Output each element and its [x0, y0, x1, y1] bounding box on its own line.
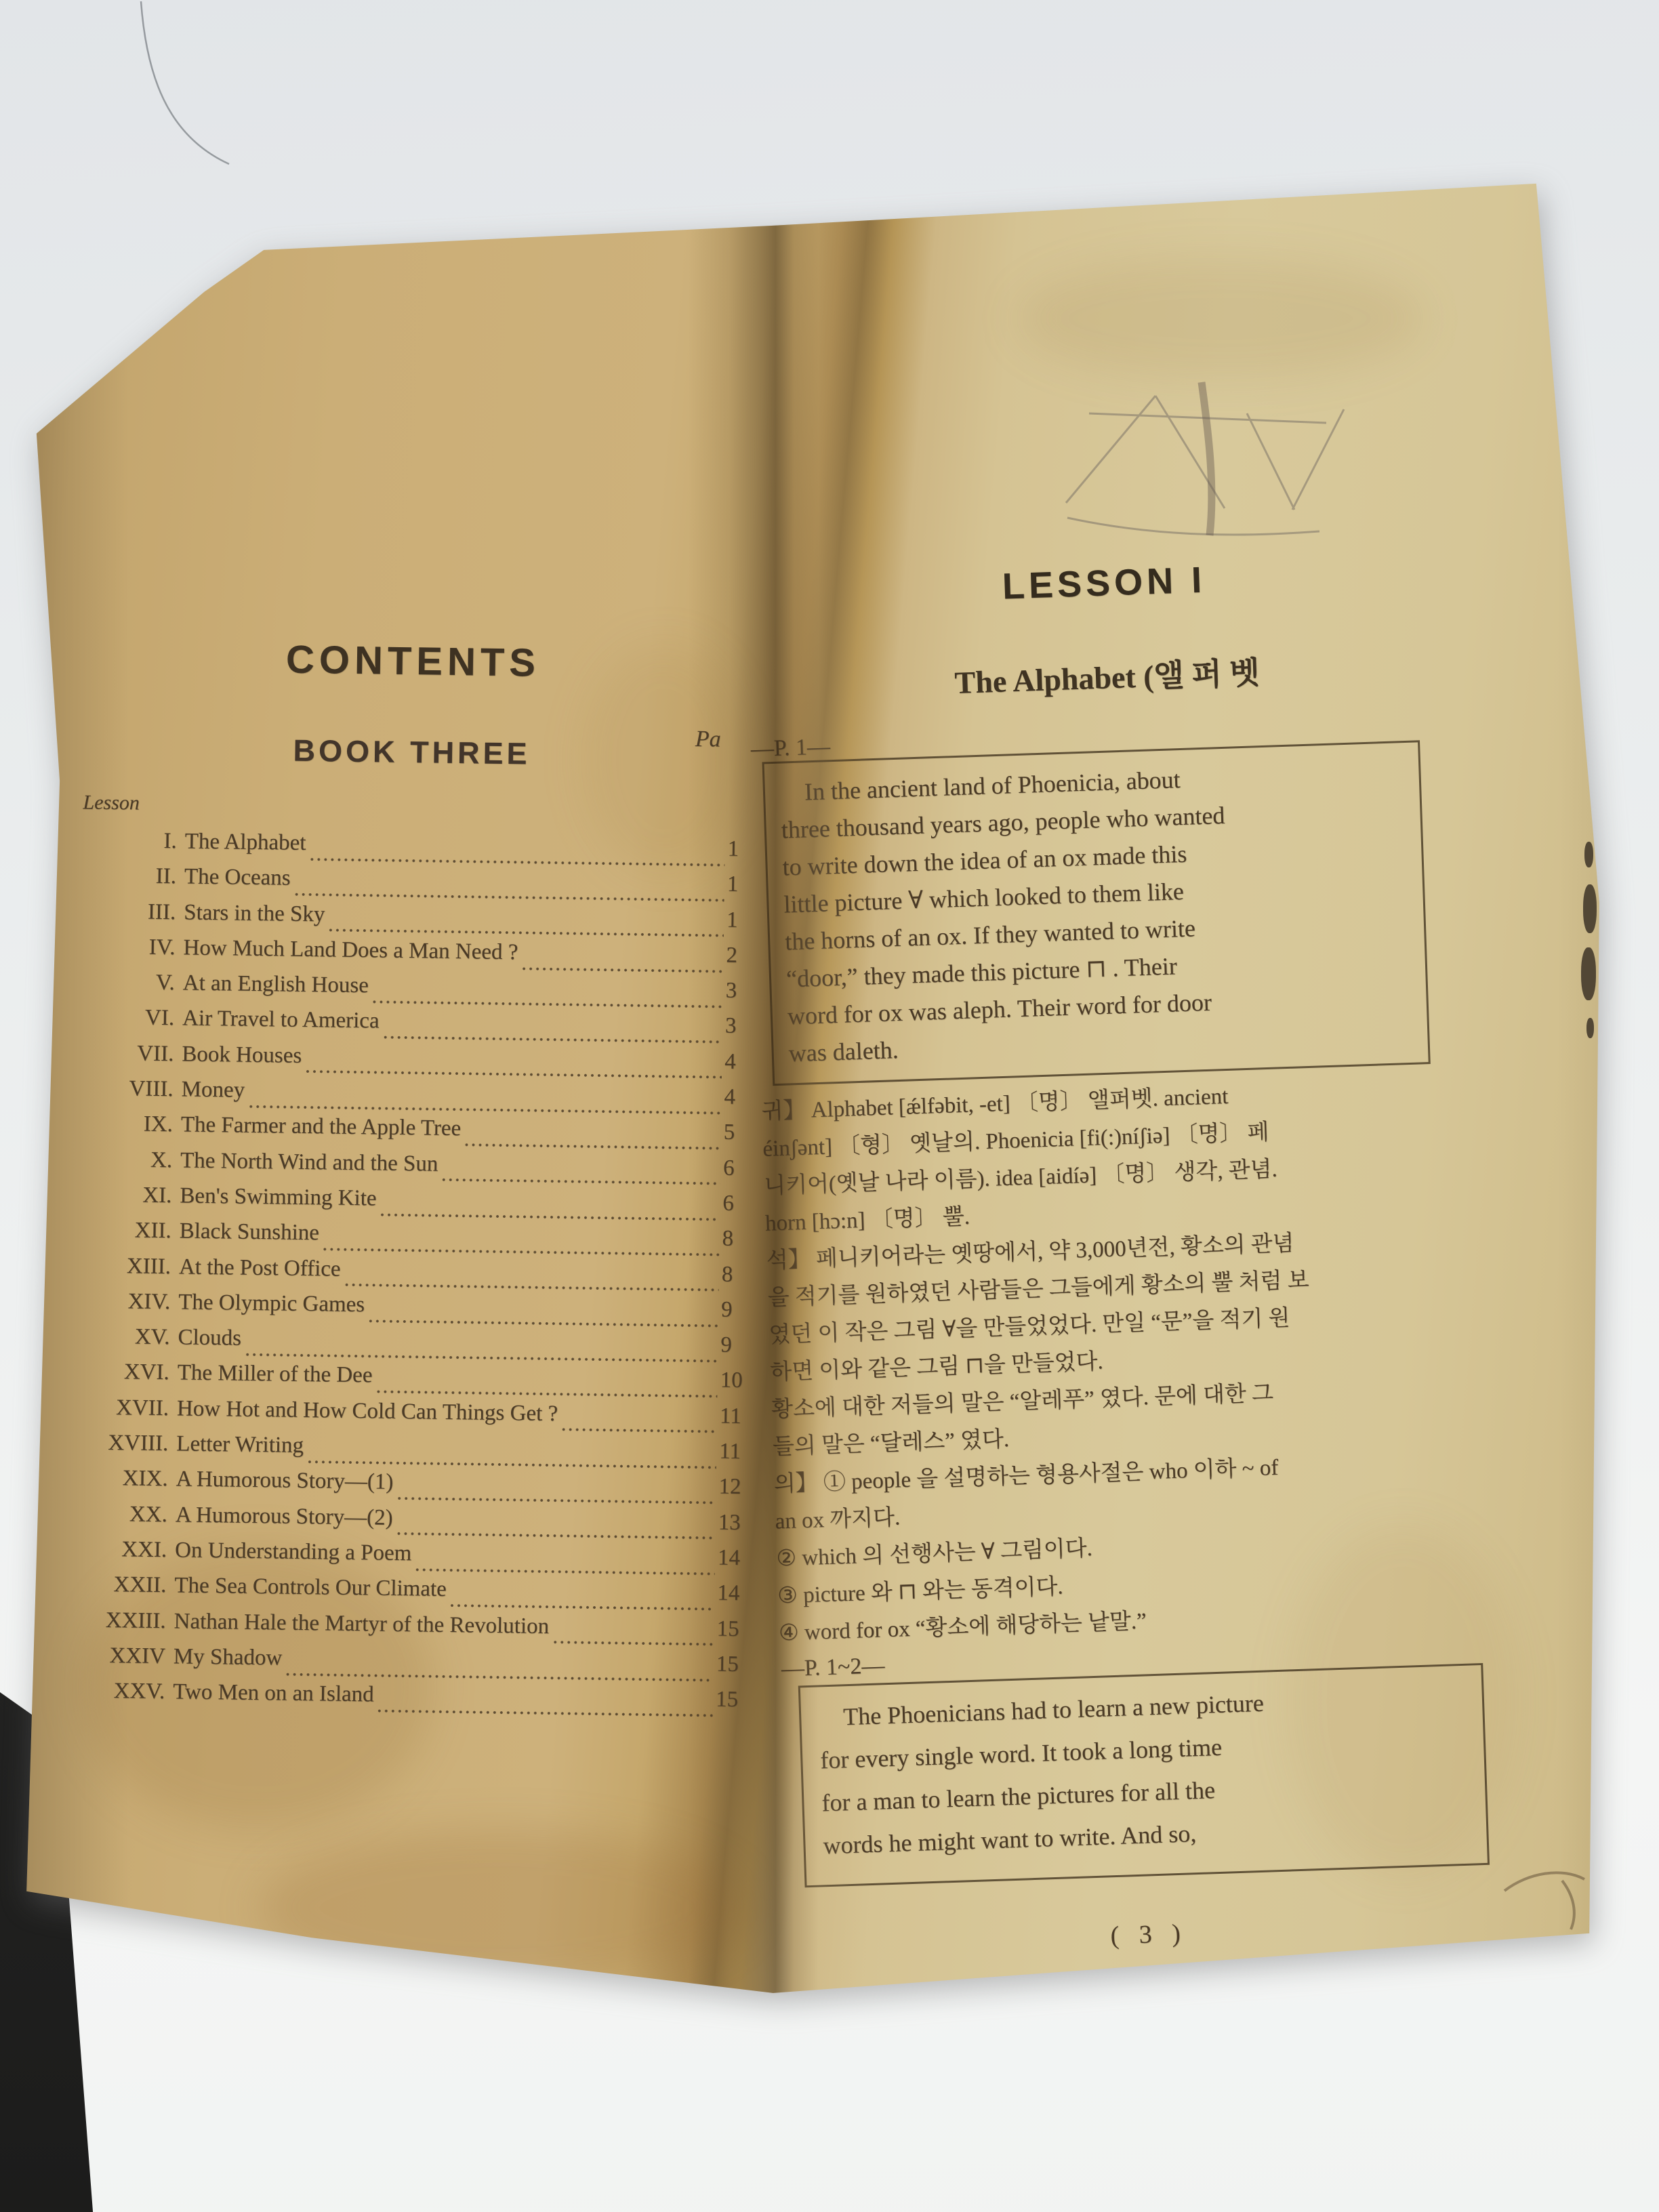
toc-page-number: 2 [726, 943, 755, 969]
toc-lesson-title: On Understanding a Poem [175, 1538, 412, 1566]
toc-lesson-title: The Olympic Games [178, 1290, 365, 1317]
toc-lesson-numeral: XXI. [62, 1536, 176, 1563]
toc-lesson-title: A Humorous Story—(2) [176, 1502, 393, 1530]
toc-page-number: 11 [720, 1404, 749, 1429]
contents-page: CONTENTS BOOK THREE Lesson Pa I. The Alp… [68, 634, 759, 643]
toc-lesson-numeral: XII. [66, 1217, 180, 1244]
toc-lesson-title: Stars in the Sky [184, 900, 325, 927]
toc-page-number: 15 [716, 1616, 745, 1642]
toc-dot-leader [441, 1167, 720, 1191]
toc-lesson-title: The Miller of the Dee [178, 1361, 373, 1389]
toc-lesson-title: Ben's Swimming Kite [180, 1183, 377, 1211]
reading-passage-1-text: In the ancient land of Phoenicia, about … [764, 742, 1429, 1084]
translation-section: 석】 페니키어라는 옛땅에서, 약 3,000년전, 황소의 관념 을 적기를 … [766, 1219, 1477, 1466]
toc-page-number: 9 [720, 1333, 750, 1359]
ink-smudge [1581, 947, 1596, 1000]
toc-lesson-numeral: VII. [68, 1040, 182, 1067]
toc-lesson-title: My Shadow [173, 1644, 283, 1671]
ink-smudge [1584, 842, 1593, 867]
toc-lesson-numeral: XVIII. [63, 1430, 177, 1456]
page-marker-bottom: —P. 1~2— [781, 1653, 885, 1682]
book: CONTENTS BOOK THREE Lesson Pa I. The Alp… [0, 0, 1659, 2212]
ink-smudge [1583, 884, 1597, 933]
toc-lesson-title: The North Wind and the Sun [180, 1148, 438, 1176]
toc-lesson-title: Nathan Hale the Martyr of the Revolution [173, 1609, 549, 1639]
toc-lesson-title: The Alphabet [184, 829, 306, 855]
page-marker-top: —P. 1— [750, 734, 830, 762]
toc-lesson-title: At the Post Office [179, 1254, 341, 1282]
toc-page-number: 5 [724, 1120, 753, 1146]
toc-lesson-title: At an English House [183, 971, 369, 999]
pencil-scribble [1054, 374, 1352, 544]
toc-lesson-title: A Humorous Story—(1) [176, 1467, 393, 1495]
toc-page-number: 10 [720, 1368, 749, 1394]
corner-crease-mark [1498, 1853, 1599, 1948]
toc-page-number: 14 [718, 1545, 747, 1571]
vocabulary-section: 귀】 Alphabet [ǽlfəbit, -et] 〔명〕 앨퍼벳. anci… [761, 1070, 1471, 1242]
toc-page-number: 15 [716, 1652, 745, 1677]
toc-lesson-numeral: III. [70, 899, 184, 925]
toc-page-number: 11 [719, 1439, 748, 1465]
reading-passage-2-text: The Phoenicians had to learn a new pictu… [800, 1665, 1488, 1877]
toc-lesson-title: Book Houses [182, 1042, 302, 1068]
lesson-heading: LESSON I [741, 550, 1467, 616]
toc-dot-leader [414, 1557, 715, 1581]
page-stain [258, 1830, 745, 1986]
toc-lesson-numeral: XIII. [66, 1253, 180, 1279]
toc-dot-leader [560, 1416, 717, 1439]
toc-page-number: 3 [725, 1014, 754, 1040]
annotations: 귀】 Alphabet [ǽlfəbit, -et] 〔명〕 앨퍼벳. anci… [761, 1070, 1484, 1652]
toc-lesson-title: Clouds [178, 1326, 241, 1351]
toc-lesson-numeral: XIX. [62, 1465, 176, 1492]
toc-lesson-title: How Hot and How Cold Can Things Get ? [177, 1396, 558, 1427]
toc-dot-leader [464, 1132, 721, 1155]
toc-lesson-numeral: VI. [69, 1005, 183, 1031]
toc-lesson-title: Money [181, 1077, 245, 1103]
toc-page-number: 8 [722, 1262, 751, 1288]
toc-lesson-numeral: IV. [70, 934, 184, 960]
page-column-label: Pa [695, 726, 721, 753]
lesson-title: The Alphabet (앨 퍼 벳 [744, 641, 1471, 710]
toc-lesson-numeral: XV. [64, 1324, 178, 1350]
toc-page-number: 13 [718, 1510, 747, 1536]
toc-lesson-numeral: XXIV [60, 1643, 174, 1669]
toc-page-number: 6 [723, 1155, 752, 1181]
toc-lesson-numeral: XXIII. [60, 1607, 174, 1634]
toc-dot-leader [552, 1629, 714, 1652]
lesson-column-label: Lesson [83, 791, 140, 815]
toc-lesson-numeral: IX. [68, 1111, 182, 1137]
toc-lesson-numeral: XI. [66, 1182, 180, 1208]
toc-lesson-title: Two Men on an Island [173, 1679, 374, 1707]
toc-lesson-numeral: I. [71, 827, 185, 854]
toc-lesson-title: Air Travel to America [182, 1006, 380, 1034]
toc-lesson-numeral: XXII. [61, 1572, 175, 1598]
toc-lesson-numeral: X. [67, 1147, 181, 1173]
ink-smudge [1586, 1018, 1594, 1038]
toc-lesson-numeral: XVI. [64, 1359, 178, 1385]
toc-page-number: 4 [724, 1049, 754, 1075]
toc-page-number: 12 [718, 1475, 747, 1500]
photo-of-open-textbook: CONTENTS BOOK THREE Lesson Pa I. The Alp… [0, 0, 1659, 2212]
toc-lesson-numeral: V. [70, 969, 184, 996]
toc-lesson-numeral: II. [71, 863, 185, 889]
toc-lesson-title: The Farmer and the Apple Tree [181, 1113, 462, 1142]
toc-lesson-title: The Sea Controls Our Climate [174, 1574, 447, 1603]
toc-page-number: 6 [722, 1191, 752, 1217]
toc-dot-leader [520, 956, 723, 979]
toc-page-number: 8 [722, 1227, 751, 1252]
toc-lesson-title: Black Sunshine [179, 1219, 319, 1246]
toc-lesson-numeral: XVII. [64, 1395, 178, 1421]
grammar-notes-section: 의】 ① people 을 설명하는 형용사절은 who 이하 ~ of an … [773, 1443, 1484, 1652]
toc-page-number: 1 [726, 907, 756, 933]
toc-page-number: 3 [725, 979, 754, 1004]
toc-lesson-numeral: VIII. [68, 1076, 182, 1102]
lesson-page: LESSON I The Alphabet (앨 퍼 벳 —P. 1— In t… [741, 545, 1515, 2059]
toc-page-number: 9 [721, 1297, 750, 1323]
toc-page-number: 4 [724, 1085, 753, 1111]
table-of-contents: I. The Alphabet 1 II. The Oceans 1 III. … [60, 827, 756, 1723]
toc-lesson-title: The Oceans [184, 865, 291, 891]
page-number-footer: ( 3 ) [786, 1908, 1512, 1961]
toc-page-number: 14 [717, 1581, 746, 1607]
contents-title: CONTENTS [67, 634, 759, 689]
open-book-pages: CONTENTS BOOK THREE Lesson Pa I. The Alp… [0, 0, 1659, 2212]
toc-lesson-title: How Much Land Does a Man Need ? [183, 935, 518, 965]
toc-lesson-numeral: XX. [62, 1501, 176, 1528]
reading-passage-box-1: In the ancient land of Phoenicia, about … [762, 740, 1431, 1086]
reading-passage-box-2: The Phoenicians had to learn a new pictu… [798, 1663, 1490, 1887]
toc-lesson-numeral: XIV. [65, 1288, 179, 1315]
page-stain [1017, 258, 1423, 380]
toc-page-number: 15 [716, 1687, 745, 1713]
toc-lesson-title: Letter Writing [176, 1431, 304, 1458]
toc-lesson-numeral: XXV. [60, 1678, 173, 1704]
